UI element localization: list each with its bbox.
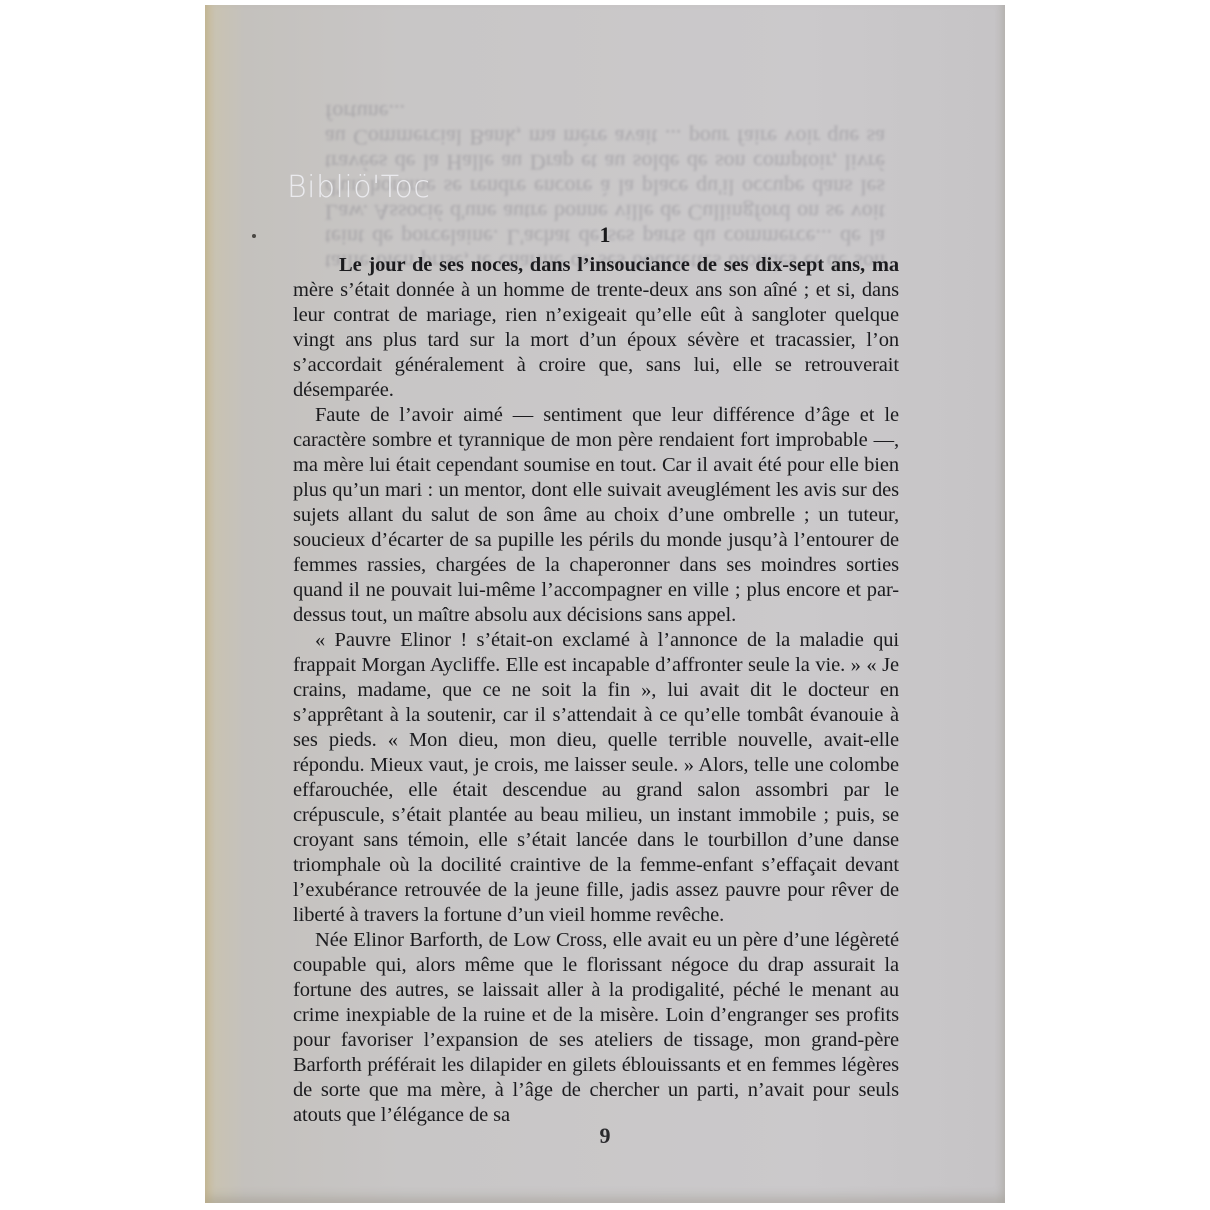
body-text: Le jour de ses noces, dans l’insouciance…: [293, 253, 899, 1128]
paragraph: Née Elinor Barforth, de Low Cross, elle …: [293, 928, 899, 1128]
watermark-logo: Bibliö'Toc: [287, 170, 430, 205]
paragraph: « Pauvre Elinor ! s’était-on exclamé à l…: [293, 628, 899, 928]
paragraph: Le jour de ses noces, dans l’insouciance…: [293, 253, 899, 403]
paragraph: Faute de l’avoir aimé — sentiment que le…: [293, 403, 899, 628]
book-page: taille bien prise, le charme de ses bouc…: [205, 5, 1005, 1203]
chapter-number: 1: [205, 222, 1005, 248]
page-number: 9: [205, 1123, 1005, 1149]
